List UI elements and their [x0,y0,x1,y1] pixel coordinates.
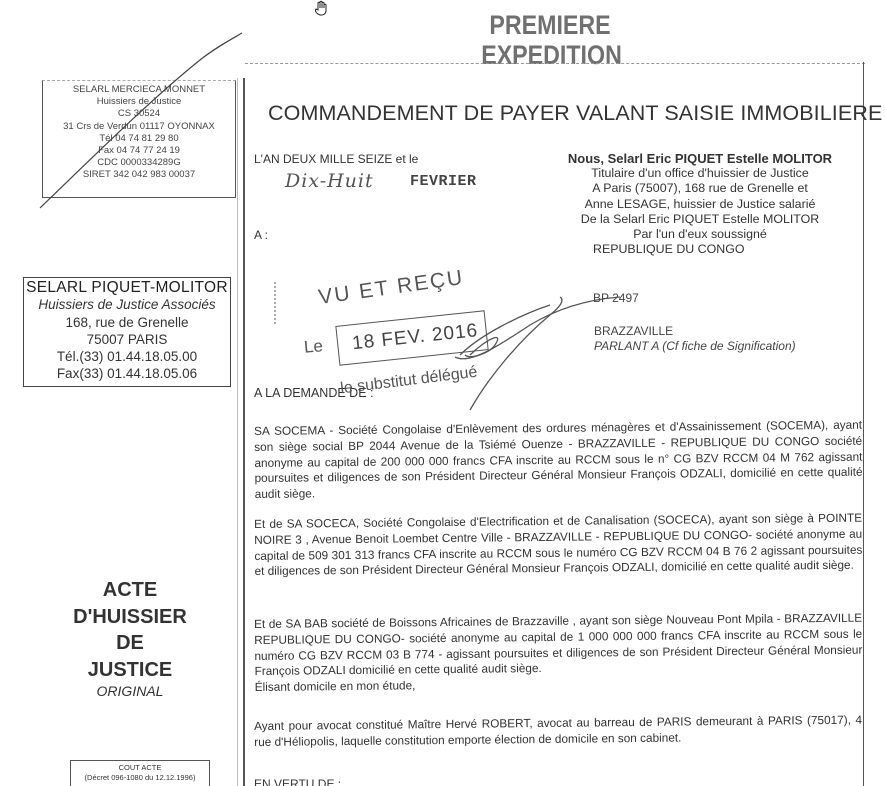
piquet-address1: 168, rue de Grenelle [24,314,230,331]
mercieca-monnet-stamp: SELARL MERCIECA MONNET Huissiers de Just… [42,80,236,198]
mercieca-line: Fax 04 74 77 24 19 [43,145,235,157]
bailiff-line6: Par l'un d'eux soussigné [540,227,860,242]
recipient-country: REPUBLIQUE DU CONGO [540,242,860,257]
parlant-a: PARLANT A (Cf fiche de Signification) [594,339,796,354]
piquet-subtitle: Huissiers de Justice Associés [24,296,230,313]
paragraph-soceca: Et de SA SOCECA, Société Congolaise d'El… [254,511,863,581]
mercieca-line: SELARL MERCIECA MONNET [43,84,235,96]
premiere-expedition-stamp: PREMIERE EXPEDITION [481,10,619,70]
margin-mark [274,282,282,324]
paragraph-bab: Et de SA BAB société de Boissons Africai… [254,611,863,696]
hand-pointer-icon [312,0,330,16]
bailiff-line3: A Paris (75007), 168 rue de Grenelle et [540,181,860,196]
piquet-molitor-stamp: SELARL PIQUET-MOLITOR Huissiers de Justi… [23,277,231,387]
recipient-bp: BP 2497 [593,291,639,305]
acte-original: ORIGINAL [60,683,200,699]
frame-left-border-outer [237,78,238,786]
month-stamp: FEVRIER [410,173,477,190]
acte-line3: DE [60,630,200,657]
paragraph-socema: SA SOCEMA - Société Congolaise d'Enlèvem… [254,418,863,503]
paragraph-avocat: Ayant pour avocat constitué Maître Hervé… [254,713,862,751]
piquet-title: SELARL PIQUET-MOLITOR [24,279,230,296]
stamp-line2: EXPEDITION [481,40,619,70]
document-title: COMMANDEMENT DE PAYER VALANT SAISIE IMMO… [268,101,848,126]
frame-top-border [245,63,865,64]
en-vertu-heading: EN VERTU DE : [254,777,341,786]
acte-line1: ACTE [60,577,200,604]
bailiff-block: Nous, Selarl Eric PIQUET Estelle MOLITOR… [540,151,860,257]
recipient-city: BRAZZAVILLE [594,324,796,339]
recipient-city-block: BRAZZAVILLE PARLANT A (Cf fiche de Signi… [594,324,796,354]
bailiff-line2: Titulaire d'un office d'huissier de Just… [540,166,860,181]
acte-line2: D'HUISSIER [60,604,200,631]
vu-et-recu-stamp: VU ET REÇU [317,266,466,310]
piquet-fax: Fax(33) 01.44.18.05.06 [24,365,230,382]
mercieca-line: Huissiers de Justice [43,96,235,108]
cout-title: COUT ACTE [71,763,209,773]
acte-line4: JUSTICE [60,657,200,684]
date-line: L'AN DEUX MILLE SEIZE et le [254,152,418,166]
bailiff-line1: Nous, Selarl Eric PIQUET Estelle MOLITOR [540,151,860,166]
recipient-label: A : [254,228,268,242]
frame-left-border [243,78,245,786]
cout-decret: (Décret 096-1080 du 12.12.1996) [71,773,209,783]
mercieca-line: Tél 04 74 81 29 80 [43,133,235,145]
cout-acte-box: COUT ACTE (Décret 096-1080 du 12.12.1996… [70,760,210,786]
piquet-address2: 75007 PARIS [24,331,230,348]
stamp-date-box: 18 FEV. 2016 [335,310,488,365]
frame-right-border [863,62,864,786]
mercieca-line: CDC 0000334289G [43,157,235,169]
mercieca-line: CS 30524 [43,108,235,120]
substitut-signature-text: le substitut délégué [339,364,478,399]
bailiff-line5: De la Selarl Eric PIQUET Estelle MOLITOR [540,212,860,227]
handwritten-day: Dix-Huit [285,170,374,192]
acte-huissier-label: ACTE D'HUISSIER DE JUSTICE ORIGINAL [60,577,200,699]
stamp-le-label: Le [303,336,324,358]
mercieca-line: SIRET 342 042 983 00037 [43,169,235,181]
stamp-line1: PREMIERE [481,10,619,40]
bailiff-line4: Anne LESAGE, huissier de Justice salarié [540,197,860,212]
mercieca-line: 31 Crs de Verdun 01117 OYONNAX [43,121,235,133]
piquet-tel: Tél.(33) 01.44.18.05.00 [24,348,230,365]
